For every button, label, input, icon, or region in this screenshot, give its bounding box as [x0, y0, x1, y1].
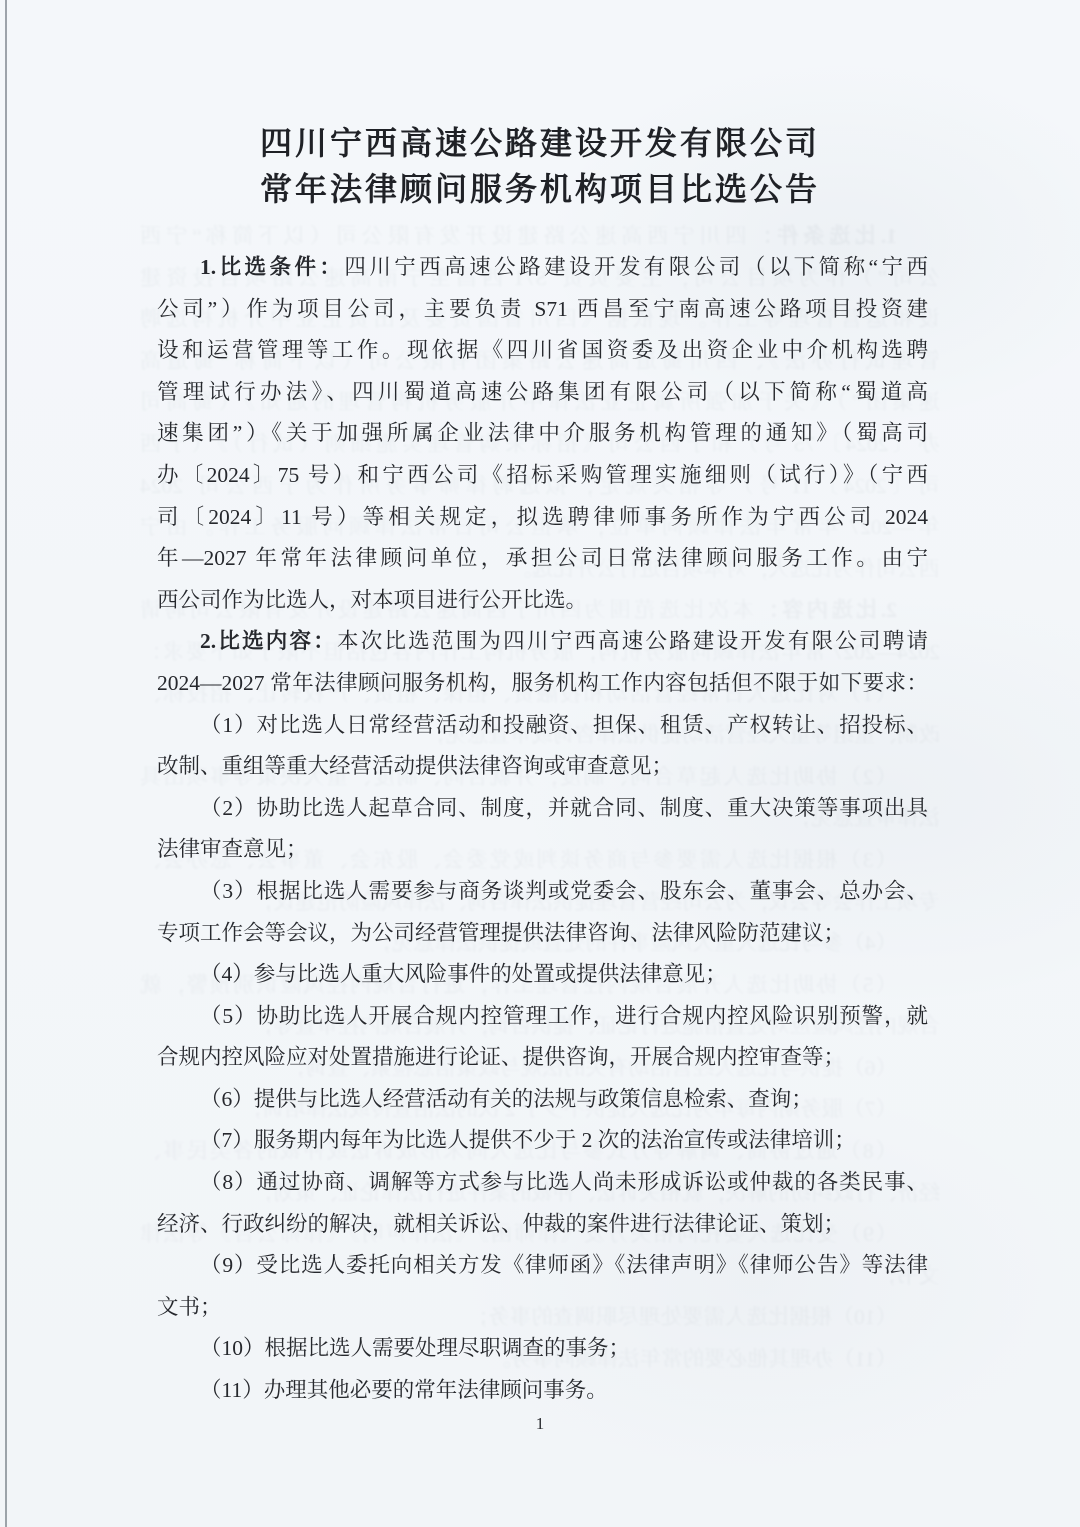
line-text: 设和运营管理等工作。现依据《四川省国资委及出资企业中介机构选聘 [157, 338, 928, 362]
line-text: 四川宁西高速公路建设开发有限公司（以下简称“宁西 [140, 224, 747, 248]
line-text: 本次比选范围为四川宁西高速公路建设开发有限公司聘请 [337, 629, 928, 653]
line-text: （1）对比选人日常经营活动和投融资、担保、租赁、产权转让、招投标、 [200, 713, 928, 737]
line-text: 管理试行办法》、四川蜀道高速公路集团有限公司（以下简称“蜀道高 [157, 380, 928, 404]
document-line: 经济、行政纠纷的解决，就相关诉讼、仲裁的案件进行法律论证、策划； [157, 1204, 928, 1246]
document-line: （4）参与比选人重大风险事件的处置或提供法律意见； [157, 954, 928, 996]
line-text: 年—2027 年常年法律顾问单位，承担公司日常法律顾问服务工作。由宁 [157, 546, 928, 570]
document-line: 文书； [157, 1287, 928, 1329]
line-text: （4）参与比选人重大风险事件的处置或提供法律意见； [200, 962, 727, 986]
line-text: （7）服务期内每年为比选人提供不少于 2 次的法治宣传或法律培训； [200, 1128, 856, 1152]
line-text: 速集团”）《关于加强所属企业法律中介服务机构管理的通知》（蜀高司 [157, 421, 928, 445]
line-text: （8）通过协商、调解等方式参与比选人尚未形成诉讼或仲裁的各类民事、 [200, 1170, 928, 1194]
document-line: 司〔2024〕11 号）等相关规定，拟选聘律师事务所作为宁西公司 2024 [157, 497, 928, 539]
document-line: 办〔2024〕75 号）和宁西公司《招标采购管理实施细则（试行）》（宁西 [157, 455, 928, 497]
document-line: （9）受比选人委托向相关方发《律师函》《法律声明》《律师公告》等法律 [157, 1245, 928, 1287]
document-line: 专项工作会等会议，为公司经营管理提供法律咨询、法律风险防范建议； [157, 913, 928, 955]
document-line: （5）协助比选人开展合规内控管理工作，进行合规内控风险识别预警，就 [157, 996, 928, 1038]
line-text: 专项工作会等会议，为公司经营管理提供法律咨询、法律风险防范建议； [157, 921, 845, 945]
document-line: （8）通过协商、调解等方式参与比选人尚未形成诉讼或仲裁的各类民事、 [157, 1162, 928, 1204]
document-line: （10）根据比选人需要处理尽职调查的事务； [157, 1328, 928, 1370]
line-text: （6）提供与比选人经营活动有关的法规与政策信息检索、查询； [200, 1087, 813, 1111]
line-text: 文书； [157, 1295, 222, 1319]
document-body: 1.比选条件：四川宁西高速公路建设开发有限公司（以下简称“宁西公司”）作为项目公… [157, 247, 928, 1412]
document-line: 2024—2027 常年法律顾问服务机构，服务机构工作内容包括但不限于如下要求： [157, 663, 928, 705]
paragraph-lead: 2.比选内容： [200, 629, 337, 653]
line-text: 2024—2027 常年法律顾问服务机构，服务机构工作内容包括但不限于如下要求： [157, 671, 928, 695]
document-line: （2）协助比选人起草合同、制度，并就合同、制度、重大决策等事项出具 [157, 788, 928, 830]
line-text: （2）协助比选人起草合同、制度，并就合同、制度、重大决策等事项出具 [200, 796, 928, 820]
document-line: 公司”）作为项目公司，主要负责 S71 西昌至宁南高速公路项目投资建 [157, 289, 928, 331]
document-line: 年—2027 年常年法律顾问单位，承担公司日常法律顾问服务工作。由宁 [157, 538, 928, 580]
document-line: 1.比选条件：四川宁西高速公路建设开发有限公司（以下简称“宁西 [157, 247, 928, 289]
line-text: 公司”）作为项目公司，主要负责 S71 西昌至宁南高速公路项目投资建 [157, 297, 928, 321]
scanned-document-page: 1.比选条件：四川宁西高速公路建设开发有限公司（以下简称“宁西公司”）作为项目公… [0, 0, 1080, 1527]
document-line: （6）提供与比选人经营活动有关的法规与政策信息检索、查询； [157, 1079, 928, 1121]
line-text: 改制、重组等重大经营活动提供法律咨询或审查意见； [157, 754, 673, 778]
document-line: 管理试行办法》、四川蜀道高速公路集团有限公司（以下简称“蜀道高 [157, 372, 928, 414]
document-line: 改制、重组等重大经营活动提供法律咨询或审查意见； [157, 746, 928, 788]
document-line: 设和运营管理等工作。现依据《四川省国资委及出资企业中介机构选聘 [157, 330, 928, 372]
page-number: 1 [0, 1414, 1080, 1434]
document-line: 西公司作为比选人，对本项目进行公开比选。 [157, 580, 928, 622]
title-line-1: 四川宁西高速公路建设开发有限公司 [0, 120, 1080, 166]
line-text: （5）协助比选人开展合规内控管理工作，进行合规内控风险识别预警，就 [200, 1004, 928, 1028]
line-text: 合规内控风险应对处置措施进行论证、提供咨询，开展合规内控审查等； [157, 1045, 845, 1069]
title-line-2: 常年法律顾问服务机构项目比选公告 [0, 166, 1080, 212]
paragraph-lead: 1.比选条件： [747, 224, 897, 248]
line-text: 司〔2024〕11 号）等相关规定，拟选聘律师事务所作为宁西公司 2024 [157, 505, 928, 529]
scan-edge-line [5, 0, 7, 1527]
line-text: （3）根据比选人需要参与商务谈判或党委会、股东会、董事会、总办会、 [200, 879, 928, 903]
line-text: 法律审查意见； [157, 837, 308, 861]
document-line: （1）对比选人日常经营活动和投融资、担保、租赁、产权转让、招投标、 [157, 705, 928, 747]
document-title: 四川宁西高速公路建设开发有限公司 常年法律顾问服务机构项目比选公告 [0, 120, 1080, 212]
line-text: 办〔2024〕75 号）和宁西公司《招标采购管理实施细则（试行）》（宁西 [157, 463, 928, 487]
line-text: 西公司作为比选人，对本项目进行公开比选。 [157, 588, 587, 612]
line-text: （9）受比选人委托向相关方发《律师函》《法律声明》《律师公告》等法律 [200, 1253, 928, 1277]
document-line: 法律审查意见； [157, 829, 928, 871]
document-line: 合规内控风险应对处置措施进行论证、提供咨询，开展合规内控审查等； [157, 1037, 928, 1079]
document-line: 速集团”）《关于加强所属企业法律中介服务机构管理的通知》（蜀高司 [157, 413, 928, 455]
paragraph-lead: 1.比选条件： [200, 255, 344, 279]
line-text: （11）办理其他必要的常年法律顾问事务。 [200, 1378, 608, 1402]
document-line: （7）服务期内每年为比选人提供不少于 2 次的法治宣传或法律培训； [157, 1120, 928, 1162]
line-text: 四川宁西高速公路建设开发有限公司（以下简称“宁西 [344, 255, 928, 279]
line-text: （10）根据比选人需要处理尽职调查的事务； [200, 1336, 630, 1360]
document-line: 2.比选内容：本次比选范围为四川宁西高速公路建设开发有限公司聘请 [157, 621, 928, 663]
document-line: （11）办理其他必要的常年法律顾问事务。 [157, 1370, 928, 1412]
line-text: 经济、行政纠纷的解决，就相关诉讼、仲裁的案件进行法律论证、策划； [157, 1212, 845, 1236]
document-line: （3）根据比选人需要参与商务谈判或党委会、股东会、董事会、总办会、 [157, 871, 928, 913]
